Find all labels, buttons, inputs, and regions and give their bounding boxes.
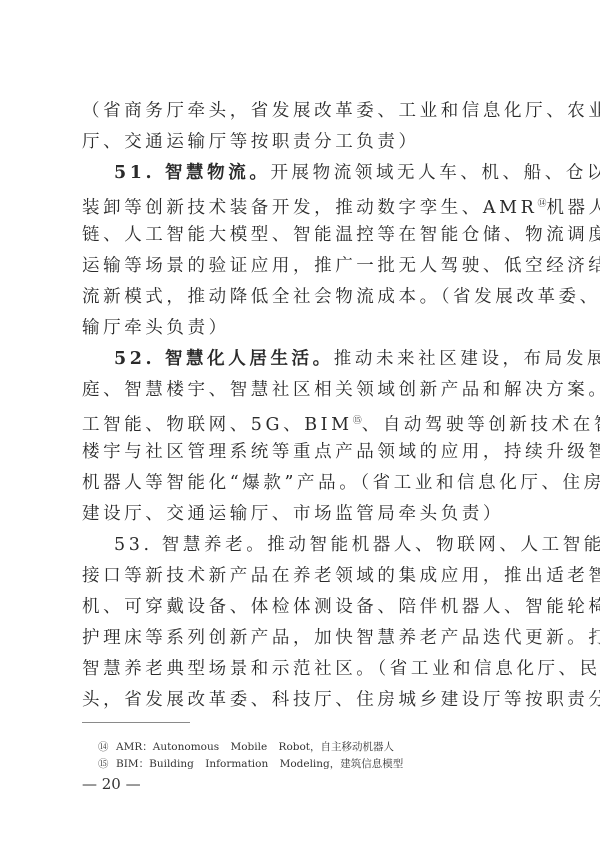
text-line: 链、人工智能大模型、智能温控等在智能仓储、物流调度、冷链	[82, 224, 522, 246]
text-line: 头，省发展改革委、科技厅、住房城乡建设厅等按职责分工负	[82, 689, 522, 711]
page-number: — 20 —	[82, 775, 141, 793]
text-line: 运输等场景的验证应用，推广一批无人驾驶、低空经济结合的物	[82, 255, 522, 277]
text-line: 接口等新技术新产品在养老领域的集成应用，推出适老智能手	[82, 565, 522, 587]
text-line: 机、可穿戴设备、体检体测设备、陪伴机器人、智能轮椅、智能	[82, 596, 522, 618]
section-52: 52. 智慧化人居生活。推动未来社区建设，布局发展智慧家	[114, 348, 522, 370]
footnote-15: ⑮BIM：Building Information Modeling，建筑信息模…	[98, 757, 403, 771]
footnote-ref[interactable]: ⑮	[353, 416, 362, 426]
footnote-divider	[82, 722, 190, 723]
section-title: 51. 智慧物流。	[114, 163, 270, 183]
document-page: （省商务厅牵头，省发展改革委、工业和信息化厅、农业农村 厅、交通运输厅等按职责分…	[0, 0, 600, 848]
footnote-14: ⑭AMR：Autonomous Mobile Robot，自主移动机器人	[98, 740, 394, 754]
section-53: 53. 智慧养老。推动智能机器人、物联网、人工智能、脑机	[114, 534, 522, 556]
text-line: 装卸等创新技术装备开发，推动数字孪生、AMR⑭机器人、区块	[82, 193, 522, 219]
text-line: 建设厅、交通运输厅、市场监管局牵头负责）	[82, 503, 522, 525]
text-line: 楼宇与社区管理系统等重点产品领域的应用，持续升级智能清洁	[82, 441, 522, 463]
text-line: 输厅牵头负责）	[82, 317, 522, 339]
text-line: 厅、交通运输厅等按职责分工负责）	[82, 131, 522, 153]
text-line: 庭、智慧楼宇、智慧社区相关领域创新产品和解决方案。推动人	[82, 379, 522, 401]
text-line: （省商务厅牵头，省发展改革委、工业和信息化厅、农业农村	[82, 100, 522, 122]
section-title: 53. 智慧养老。	[114, 535, 267, 555]
text-line: 工智能、物联网、5G、BIM⑮、自动驾驶等创新技术在智能家电、	[82, 410, 522, 436]
text-line: 流新模式，推动降低全社会物流成本。（省发展改革委、交通运	[82, 286, 522, 308]
section-title: 52. 智慧化人居生活。	[114, 349, 334, 369]
text-line: 护理床等系列创新产品，加快智慧养老产品迭代更新。打造一批	[82, 627, 522, 649]
section-51: 51. 智慧物流。开展物流领域无人车、机、船、仓以及无人	[114, 162, 522, 184]
text-line: 智慧养老典型场景和示范社区。（省工业和信息化厅、民政厅牵	[82, 658, 522, 680]
text-line: 机器人等智能化“爆款”产品。（省工业和信息化厅、住房城乡	[82, 472, 522, 494]
